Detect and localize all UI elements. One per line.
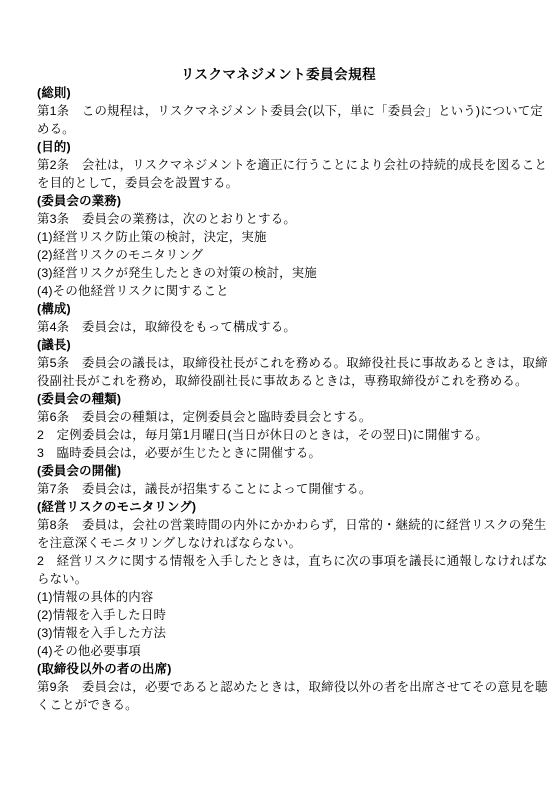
body-line: (3)情報を入手した方法 [37, 624, 520, 642]
body-line: 3 臨時委員会は，必要が生じたときに開催する。 [37, 444, 520, 462]
section-heading: (委員会の種類) [37, 390, 520, 408]
body-line: 第4条 委員会は，取締役をもって構成する。 [37, 318, 520, 336]
body-line: 第8条 委員は，会社の営業時間の内外にかかわらず，日常的・継続的に経営リスクの発… [37, 516, 520, 534]
body-line: 第6条 委員会の種類は，定例委員会と臨時委員会とする。 [37, 408, 520, 426]
section-heading: (目的) [37, 138, 520, 156]
body-line: 2 定例委員会は，毎月第1月曜日(当日が休日のときは，その翌日)に開催する。 [37, 426, 520, 444]
body-line: くことができる。 [37, 696, 520, 714]
document-page: リスクマネジメント委員会規程 (総則)第1条 この規程は，リスクマネジメント委員… [0, 0, 550, 785]
body-line: (2)情報を入手した日時 [37, 606, 520, 624]
section-heading: (議長) [37, 336, 520, 354]
body-line: 第5条 委員会の議長は，取締役社長がこれを務める。取締役社長に事故あるときは，取… [37, 354, 520, 372]
body-line: を目的として，委員会を設置する。 [37, 174, 520, 192]
section-heading: (委員会の業務) [37, 192, 520, 210]
section-heading: (取締役以外の者の出席) [37, 660, 520, 678]
body-line: (1)経営リスク防止策の検討，決定，実施 [37, 228, 520, 246]
body-line: める。 [37, 120, 520, 138]
body-line: (4)その他必要事項 [37, 642, 520, 660]
body-line: (4)その他経営リスクに関すること [37, 282, 520, 300]
body-line: (3)経営リスクが発生したときの対策の検討，実施 [37, 264, 520, 282]
body-line: を注意深くモニタリングしなければならない。 [37, 534, 520, 552]
body-line: 第1条 この規程は，リスクマネジメント委員会(以下，単に「委員会」という)につい… [37, 102, 520, 120]
body-line: (2)経営リスクのモニタリング [37, 246, 520, 264]
section-heading: (構成) [37, 300, 520, 318]
section-heading: (委員会の開催) [37, 462, 520, 480]
body-line: 第2条 会社は，リスクマネジメントを適正に行うことにより会社の持続的成長を図るこ… [37, 156, 520, 174]
body-line: 役副社長がこれを務め，取締役副社長に事故あるときは，専務取締役がこれを務める。 [37, 372, 520, 390]
document-body: (総則)第1条 この規程は，リスクマネジメント委員会(以下，単に「委員会」という… [37, 84, 520, 714]
body-line: 2 経営リスクに関する情報を入手したときは，直ちに次の事項を議長に通報しなければ… [37, 552, 520, 570]
section-heading: (総則) [37, 84, 520, 102]
body-line: (1)情報の具体的内容 [37, 588, 520, 606]
body-line: らない。 [37, 570, 520, 588]
body-line: 第9条 委員会は，必要であると認めたときは，取締役以外の者を出席させてその意見を… [37, 678, 520, 696]
section-heading: (経営リスクのモニタリング) [37, 498, 520, 516]
body-line: 第7条 委員会は，議長が招集することによって開催する。 [37, 480, 520, 498]
body-line: 第3条 委員会の業務は，次のとおりとする。 [37, 210, 520, 228]
document-title: リスクマネジメント委員会規程 [37, 66, 520, 84]
